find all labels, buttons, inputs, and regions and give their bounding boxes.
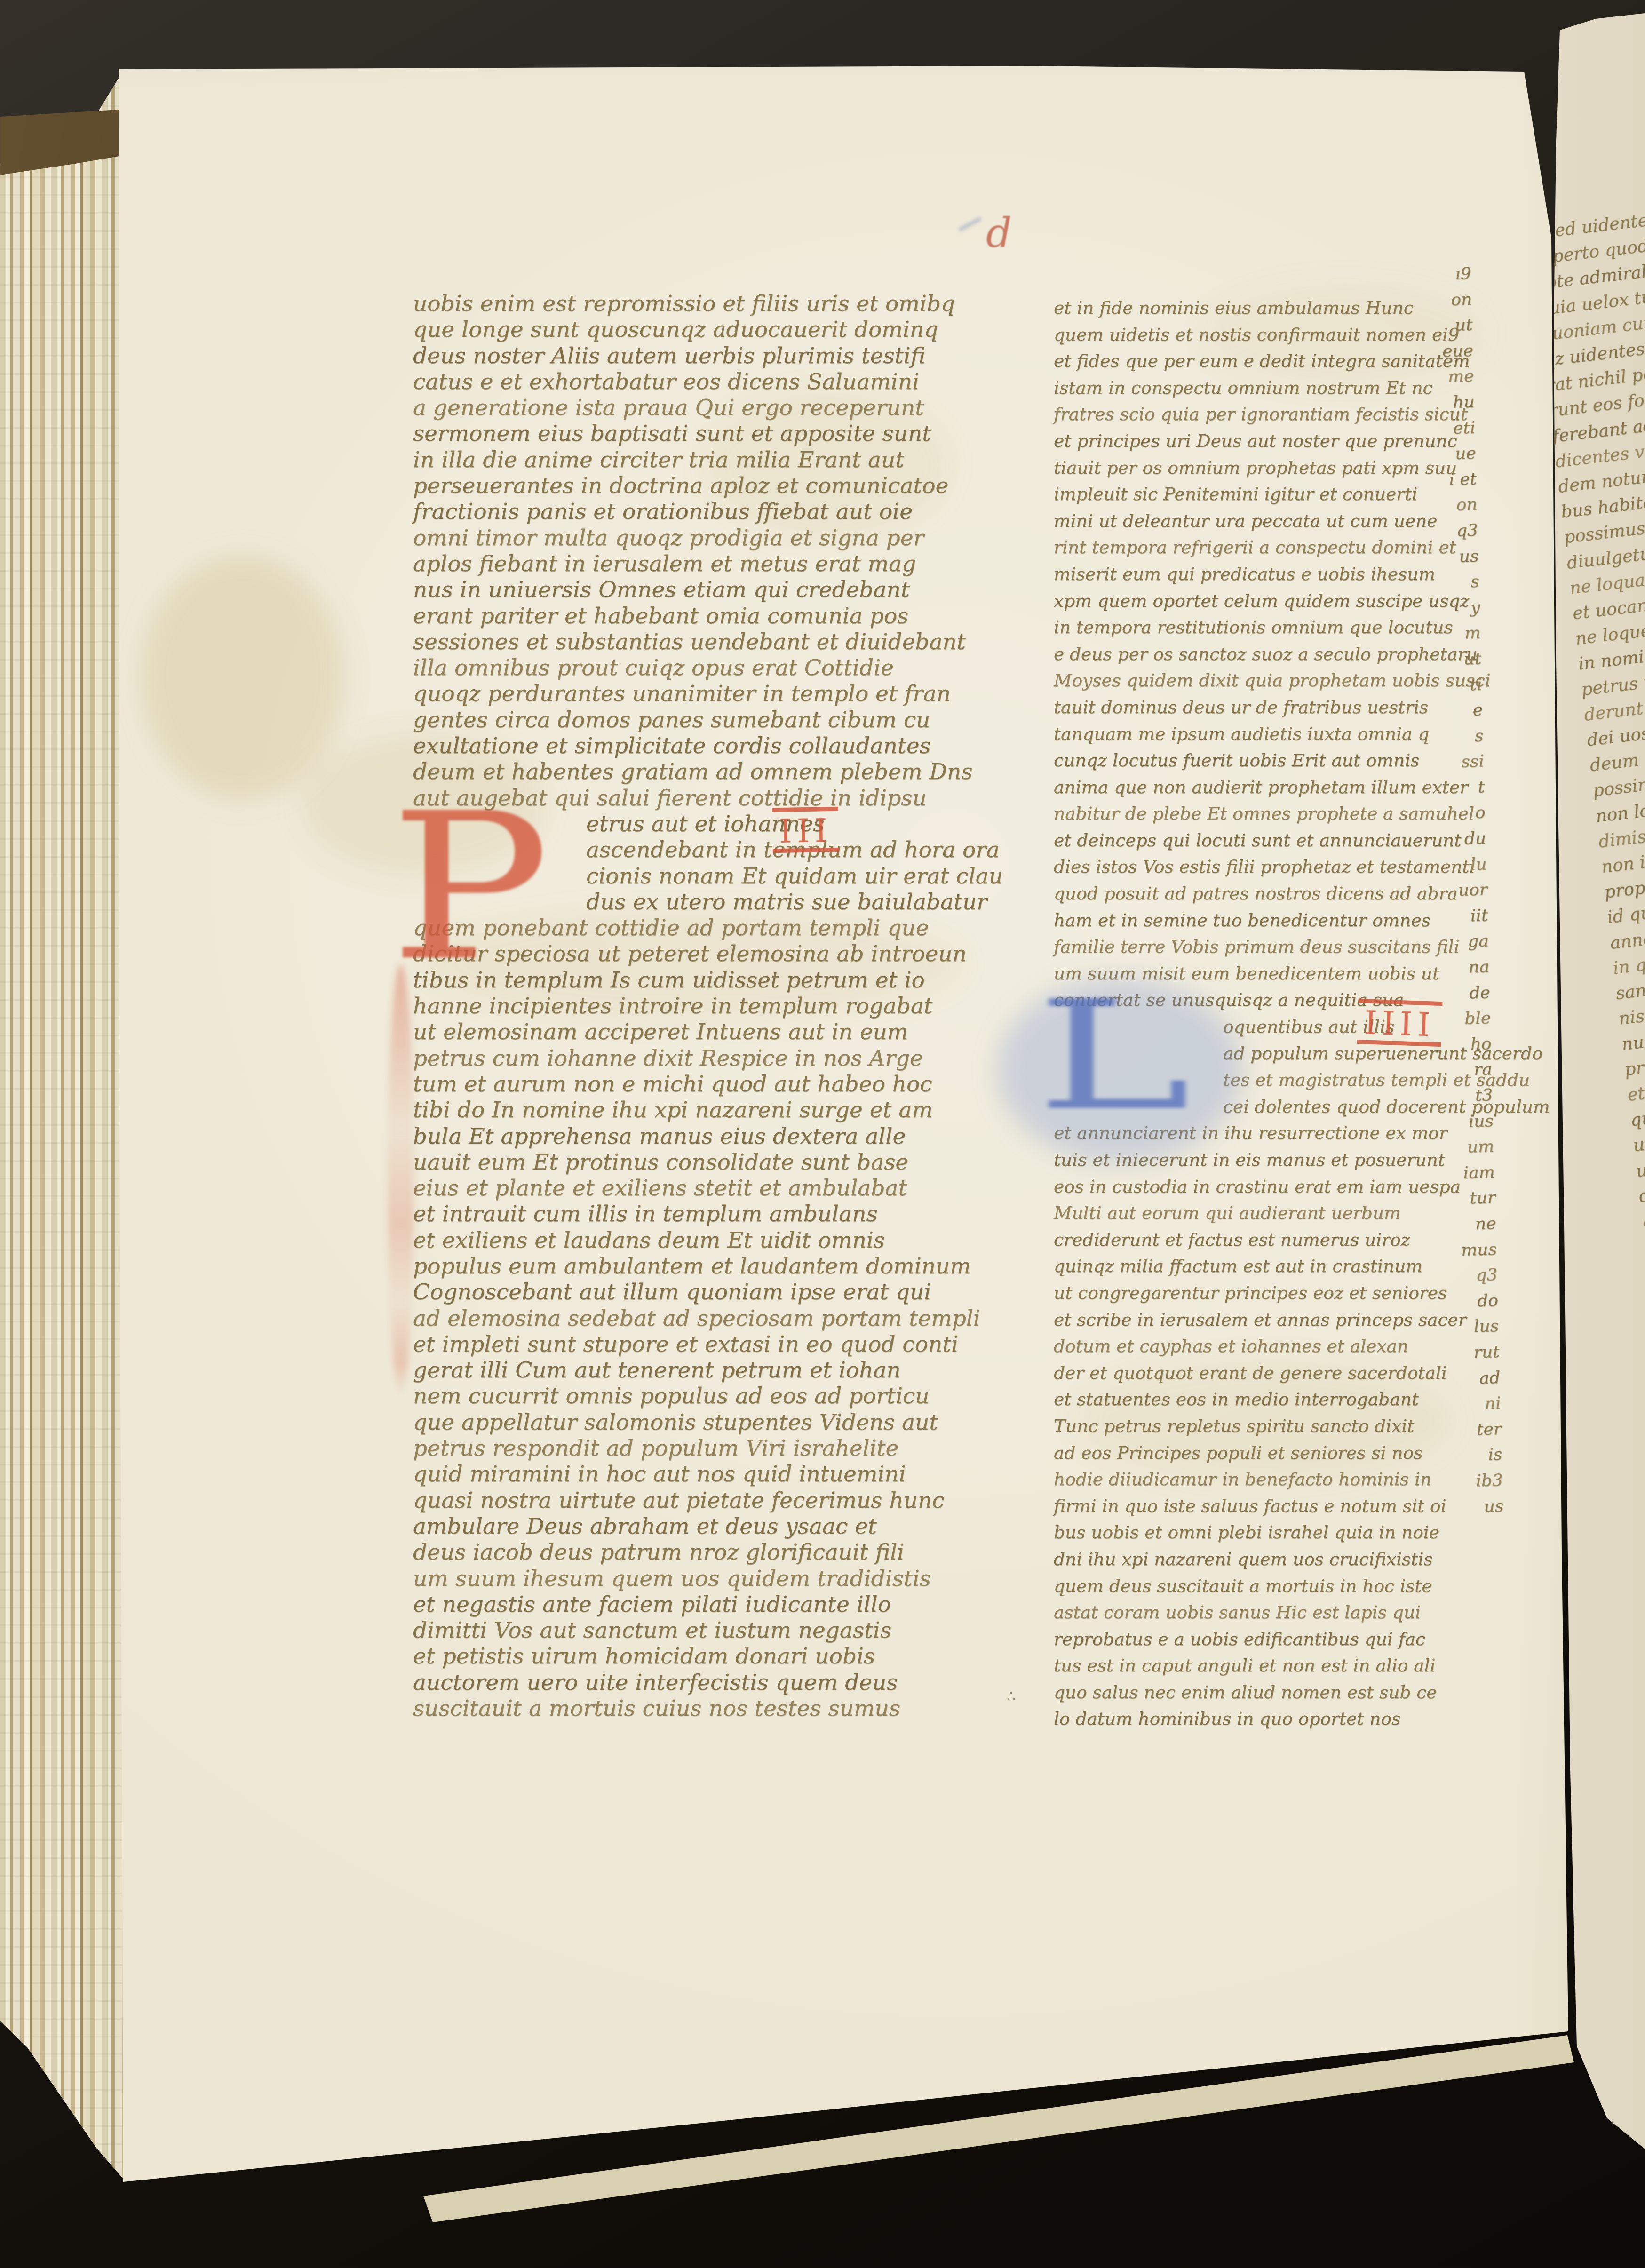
- manuscript-line: ascendebant in templum ad hora ora: [586, 837, 939, 863]
- manuscript-line: Moyses quidem dixit quia prophetam uobis…: [1054, 667, 1440, 694]
- manuscript-line: eue: [1412, 338, 1473, 365]
- manuscript-line: Multi aut eorum qui audierant uerbum: [1054, 1200, 1440, 1226]
- manuscript-line: quo salus nec enim aliud nomen est sub c…: [1054, 1679, 1440, 1706]
- manuscript-line: petrus cum iohanne dixit Respice in nos …: [413, 1045, 939, 1071]
- quire-signature-mark: ij: [650, 2147, 667, 2157]
- manuscript-page: d uobis enim est repromissio et filiis u…: [0, 0, 1645, 2268]
- manuscript-line: us: [1442, 1493, 1504, 1520]
- manuscript-line: rint tempora refrigerii a conspectu domi…: [1054, 534, 1440, 561]
- initial-l: L: [1036, 981, 1191, 1131]
- manuscript-line: ssi: [1422, 749, 1484, 776]
- manuscript-line: cionis nonam Et quidam uir erat clau: [586, 863, 939, 889]
- manuscript-line: ble: [1429, 1005, 1491, 1033]
- manuscript-line: et fides que per eum e dedit integra san…: [1054, 348, 1440, 374]
- manuscript-line: on: [1410, 286, 1472, 314]
- manuscript-line: hodie diiudicamur in benefacto hominis i…: [1054, 1466, 1440, 1493]
- manuscript-line: illa omnibus prout cuiqz opus erat Cotti…: [413, 655, 939, 681]
- manuscript-line: ad eos Principes populi et seniores si n…: [1054, 1440, 1440, 1466]
- manuscript-line: sessiones et substantias uendebant et di…: [413, 629, 939, 655]
- manuscript-line: der et quotquot erant de genere sacerdot…: [1054, 1360, 1440, 1386]
- manuscript-line: de: [1429, 980, 1490, 1007]
- manuscript-line: du: [1424, 826, 1486, 853]
- manuscript-line: ham et in semine tuo benedicentur omnes: [1054, 907, 1440, 934]
- manuscript-line: et scribe in ierusalem et annas princeps…: [1054, 1306, 1440, 1333]
- manuscript-line: dus ex utero matris sue baiulabatur: [586, 889, 939, 915]
- manuscript-line: omni timor multa quoqz prodigia et signa…: [413, 525, 939, 551]
- manuscript-line: i et: [1415, 466, 1477, 493]
- manuscript-line: lo datum hominibus in quo oportet nos: [1054, 1705, 1440, 1732]
- manuscript-line: quinqz milia ffactum est aut in crastinu…: [1054, 1253, 1440, 1280]
- chapter-numeral-iii: III: [772, 807, 839, 853]
- manuscript-line: t: [1423, 774, 1485, 802]
- manuscript-line: deus noster Aliis autem uerbis plurimis …: [413, 343, 939, 369]
- manuscript-line: eos in custodia in crastinu erat em iam …: [1054, 1173, 1440, 1200]
- manuscript-line: populus eum ambulantem et laudantem domi…: [413, 1253, 939, 1279]
- manuscript-line: tibi do In nomine ihu xpi nazareni surge…: [413, 1097, 939, 1123]
- manuscript-line: erant pariter et habebant omia comunia p…: [413, 603, 939, 629]
- manuscript-line: impleuit sic Penitemini igitur et conuer…: [1054, 481, 1440, 508]
- manuscript-line: m: [1419, 621, 1481, 648]
- manuscript-line: dotum et cayphas et iohannes et alexan: [1054, 1333, 1440, 1360]
- manuscript-line: gentes circa domos panes sumebant cibum …: [413, 707, 939, 733]
- manuscript-line: tiauit per os omnium prophetas pati xpm …: [1054, 454, 1440, 481]
- manuscript-line: ut: [1420, 646, 1481, 673]
- manuscript-line: t3: [1431, 1082, 1493, 1110]
- manuscript-line: xpm quem oportet celum quidem suscipe us…: [1054, 588, 1440, 614]
- initial-p: P: [389, 787, 550, 989]
- manuscript-line: auctorem uero uite interfecistis quem de…: [413, 1670, 939, 1695]
- manuscript-line: eti: [1414, 415, 1476, 442]
- manuscript-line: catus e et exhortabatur eos dicens Salua…: [413, 369, 939, 395]
- manuscript-line: um suum ihesum quem uos quidem tradidist…: [413, 1566, 939, 1592]
- manuscript-line: s: [1418, 569, 1479, 597]
- manuscript-line: q3: [1416, 518, 1478, 545]
- manuscript-line: hu: [1413, 390, 1475, 417]
- manuscript-line: suscitauit a mortuis cuius nos testes su…: [413, 1695, 939, 1721]
- manuscript-line: quasi nostra uirtute aut pietate fecerim…: [413, 1488, 939, 1513]
- manuscript-line: na: [1428, 954, 1490, 981]
- manuscript-line: et exiliens et laudans deum Et uidit omn…: [413, 1227, 939, 1253]
- manuscript-line: deus iacob deus patrum nroz glorificauit…: [413, 1539, 939, 1565]
- manuscript-line: cei dolentes quod docerent populum: [1223, 1093, 1440, 1120]
- text-column-left: uobis enim est repromissio et filiis uri…: [413, 291, 939, 1721]
- manuscript-line: ib3: [1441, 1468, 1503, 1495]
- manuscript-line: rut: [1438, 1339, 1500, 1367]
- manuscript-line: ad: [1438, 1365, 1500, 1392]
- manuscript-line: et impleti sunt stupore et extasi in eo …: [413, 1331, 939, 1357]
- manuscript-line: etrus aut et iohannes: [586, 811, 939, 837]
- manuscript-line: ga: [1427, 929, 1489, 956]
- manuscript-line: cunqz locutus fuerit uobis Erit aut omni…: [1054, 747, 1440, 774]
- manuscript-line: dimitti Vos aut sanctum et iustum negast…: [413, 1617, 939, 1643]
- manuscript-line: quod posuit ad patres nostros dicens ad …: [1054, 880, 1440, 907]
- manuscript-line: et in fide nominis eius ambulamus Hunc: [1054, 294, 1440, 321]
- manuscript-line: reprobatus e a uobis edificantibus qui f…: [1054, 1626, 1440, 1653]
- manuscript-line: sermonem eius baptisati sunt et apposite…: [413, 421, 939, 446]
- manuscript-line: uauit eum Et protinus consolidate sunt b…: [413, 1149, 939, 1175]
- manuscript-line: in illa die anime circiter tria milia Er…: [413, 447, 939, 473]
- manuscript-line: ut elemosinam acciperet Intuens aut in e…: [413, 1019, 939, 1045]
- manuscript-line: us: [1417, 543, 1479, 571]
- manuscript-line: tes et magistratus templi et saddu: [1223, 1066, 1440, 1093]
- manuscript-line: dies istos Vos estis filii prophetaz et …: [1054, 853, 1440, 880]
- manuscript-line: is: [1441, 1442, 1502, 1469]
- manuscript-line: Cognoscebant aut illum quoniam ipse erat…: [413, 1279, 939, 1305]
- manuscript-line: perseuerantes in doctrina aploz et comun…: [413, 473, 939, 499]
- manuscript-line: ius: [1432, 1108, 1494, 1136]
- folio-letter-mark: d: [986, 210, 1012, 257]
- manuscript-line: ti: [1421, 672, 1482, 699]
- manuscript-line: petrus respondit ad populum Viri israhel…: [413, 1435, 939, 1461]
- manuscript-line: et intrauit cum illis in templum ambulan…: [413, 1201, 939, 1227]
- manuscript-line: fratres scio quia per ignorantiam fecist…: [1054, 401, 1440, 428]
- manuscript-line: ue: [1415, 441, 1476, 468]
- parchment-stain: [141, 555, 343, 800]
- manuscript-line: et negastis ante faciem pilati iudicante…: [413, 1592, 939, 1617]
- manuscript-line: tanquam me ipsum audietis iuxta omnia q: [1054, 721, 1440, 748]
- manuscript-line: mini ut deleantur ura peccata ut cum uen…: [1054, 508, 1440, 534]
- manuscript-line: s: [1422, 723, 1484, 750]
- manuscript-line: dni ihu xpi nazareni quem uos crucifixis…: [1054, 1546, 1440, 1573]
- manuscript-line: ad elemosina sedebat ad speciosam portam…: [413, 1305, 939, 1331]
- manuscript-line: ut: [1411, 312, 1473, 340]
- manuscript-line: astat coram uobis sanus Hic est lapis qu…: [1054, 1599, 1440, 1626]
- manuscript-line: o: [1424, 800, 1486, 828]
- manuscript-line: crediderunt et factus est numerus uiroz: [1054, 1226, 1440, 1253]
- manuscript-line: quem uidetis et nostis confirmauit nomen…: [1054, 321, 1440, 348]
- manuscript-line: istam in conspectu omnium nostrum Et nc: [1054, 374, 1440, 401]
- manuscript-line: et petistis uirum homicidam donari uobis: [413, 1643, 939, 1669]
- manuscript-line: et deinceps qui locuti sunt et annunciau…: [1054, 827, 1440, 854]
- manuscript-line: y: [1419, 595, 1480, 622]
- manuscript-line: a generatione ista praua Qui ergo recepe…: [413, 395, 939, 421]
- manuscript-line: me: [1413, 364, 1474, 391]
- manuscript-line: tum et aurum non e michi quod aut habeo …: [413, 1071, 939, 1097]
- manuscript-line: tur: [1434, 1185, 1495, 1212]
- manuscript-line: e: [1421, 698, 1483, 725]
- manuscript-line: nus in uniuersis Omnes etiam qui credeba…: [413, 577, 939, 603]
- manuscript-line: quid miramini in hoc aut nos quid intuem…: [413, 1461, 939, 1487]
- manuscript-line: aplos fiebant in ierusalem et metus erat…: [413, 551, 939, 577]
- manuscript-line: tus est in caput anguli et non est in al…: [1054, 1652, 1440, 1679]
- manuscript-line: et principes uri Deus aut noster que pre…: [1054, 428, 1440, 454]
- manuscript-line: gerat illi Cum aut tenerent petrum et io…: [413, 1357, 939, 1383]
- manuscript-line: ambulare Deus abraham et deus ysaac et: [413, 1513, 939, 1539]
- manuscript-line: uor: [1426, 877, 1487, 905]
- manuscript-line: quoqz perdurantes unanimiter in templo e…: [413, 681, 939, 707]
- manuscript-line: do: [1437, 1288, 1498, 1315]
- manuscript-line: q3: [1436, 1262, 1498, 1289]
- manuscript-photo: d uobis enim est repromissio et filiis u…: [0, 0, 1645, 2268]
- manuscript-line: ra: [1430, 1057, 1492, 1084]
- manuscript-line: quem deus suscitauit a mortuis in hoc is…: [1054, 1573, 1440, 1600]
- manuscript-line: uobis enim est repromissio et filiis uri…: [413, 291, 939, 317]
- manuscript-line: que appellatur salomonis stupentes Viden…: [413, 1409, 939, 1435]
- ink-smudge: [958, 216, 982, 231]
- manuscript-line: iam: [1433, 1160, 1495, 1187]
- manuscript-line: fractionis panis et orationibus ffiebat …: [413, 499, 939, 525]
- manuscript-line: anima que non audierit prophetam illum e…: [1054, 774, 1440, 801]
- manuscript-line: que longe sunt quoscunqz aduocauerit dom…: [413, 317, 939, 342]
- manuscript-line: in tempora restitutionis omnium que locu…: [1054, 614, 1440, 641]
- chapter-numeral-iii-text: III: [772, 807, 839, 853]
- manuscript-line: bula Et apprehensa manus eius dextera al…: [413, 1123, 939, 1149]
- manuscript-line: um: [1433, 1134, 1494, 1161]
- manuscript-line: nabitur de plebe Et omnes prophete a sam…: [1054, 800, 1440, 827]
- margin-annotation-mark: ∴: [1007, 1688, 1016, 1704]
- manuscript-line: Tunc petrus repletus spiritu sancto dixi…: [1054, 1413, 1440, 1440]
- manuscript-line: exultatione et simplicitate cordis colla…: [413, 733, 939, 759]
- manuscript-line: familie terre Vobis primum deus suscitan…: [1054, 933, 1440, 960]
- manuscript-line: lu: [1425, 851, 1487, 879]
- manuscript-line: ter: [1440, 1417, 1502, 1444]
- manuscript-line: ne: [1435, 1211, 1496, 1238]
- manuscript-line: ı9: [1410, 261, 1471, 288]
- manuscript-line: bus uobis et omni plebi israhel quia in …: [1054, 1519, 1440, 1546]
- manuscript-line: ut congregarentur principes eoz et senio…: [1054, 1280, 1440, 1306]
- manuscript-line: ni: [1439, 1391, 1501, 1418]
- manuscript-line: et statuentes eos in medio interrogabant: [1054, 1386, 1440, 1413]
- manuscript-line: mus: [1435, 1237, 1497, 1264]
- manuscript-line: miserit eum qui predicatus e uobis ihesu…: [1054, 561, 1440, 588]
- manuscript-line: nem cucurrit omnis populus ad eos ad por…: [413, 1383, 939, 1409]
- initial-p-flourish: [388, 964, 414, 1397]
- manuscript-line: e deus per os sanctoz suoz a seculo prop…: [1054, 641, 1440, 668]
- manuscript-line: iit: [1427, 903, 1488, 930]
- manuscript-line: on: [1416, 492, 1478, 519]
- manuscript-line: ho: [1430, 1031, 1492, 1058]
- manuscript-line: lus: [1438, 1313, 1499, 1341]
- manuscript-line: firmi in quo iste saluus factus e notum …: [1054, 1493, 1440, 1520]
- manuscript-line: eius et plante et exiliens stetit et amb…: [413, 1175, 939, 1201]
- manuscript-line: tauit dominus deus ur de fratribus uestr…: [1054, 694, 1440, 721]
